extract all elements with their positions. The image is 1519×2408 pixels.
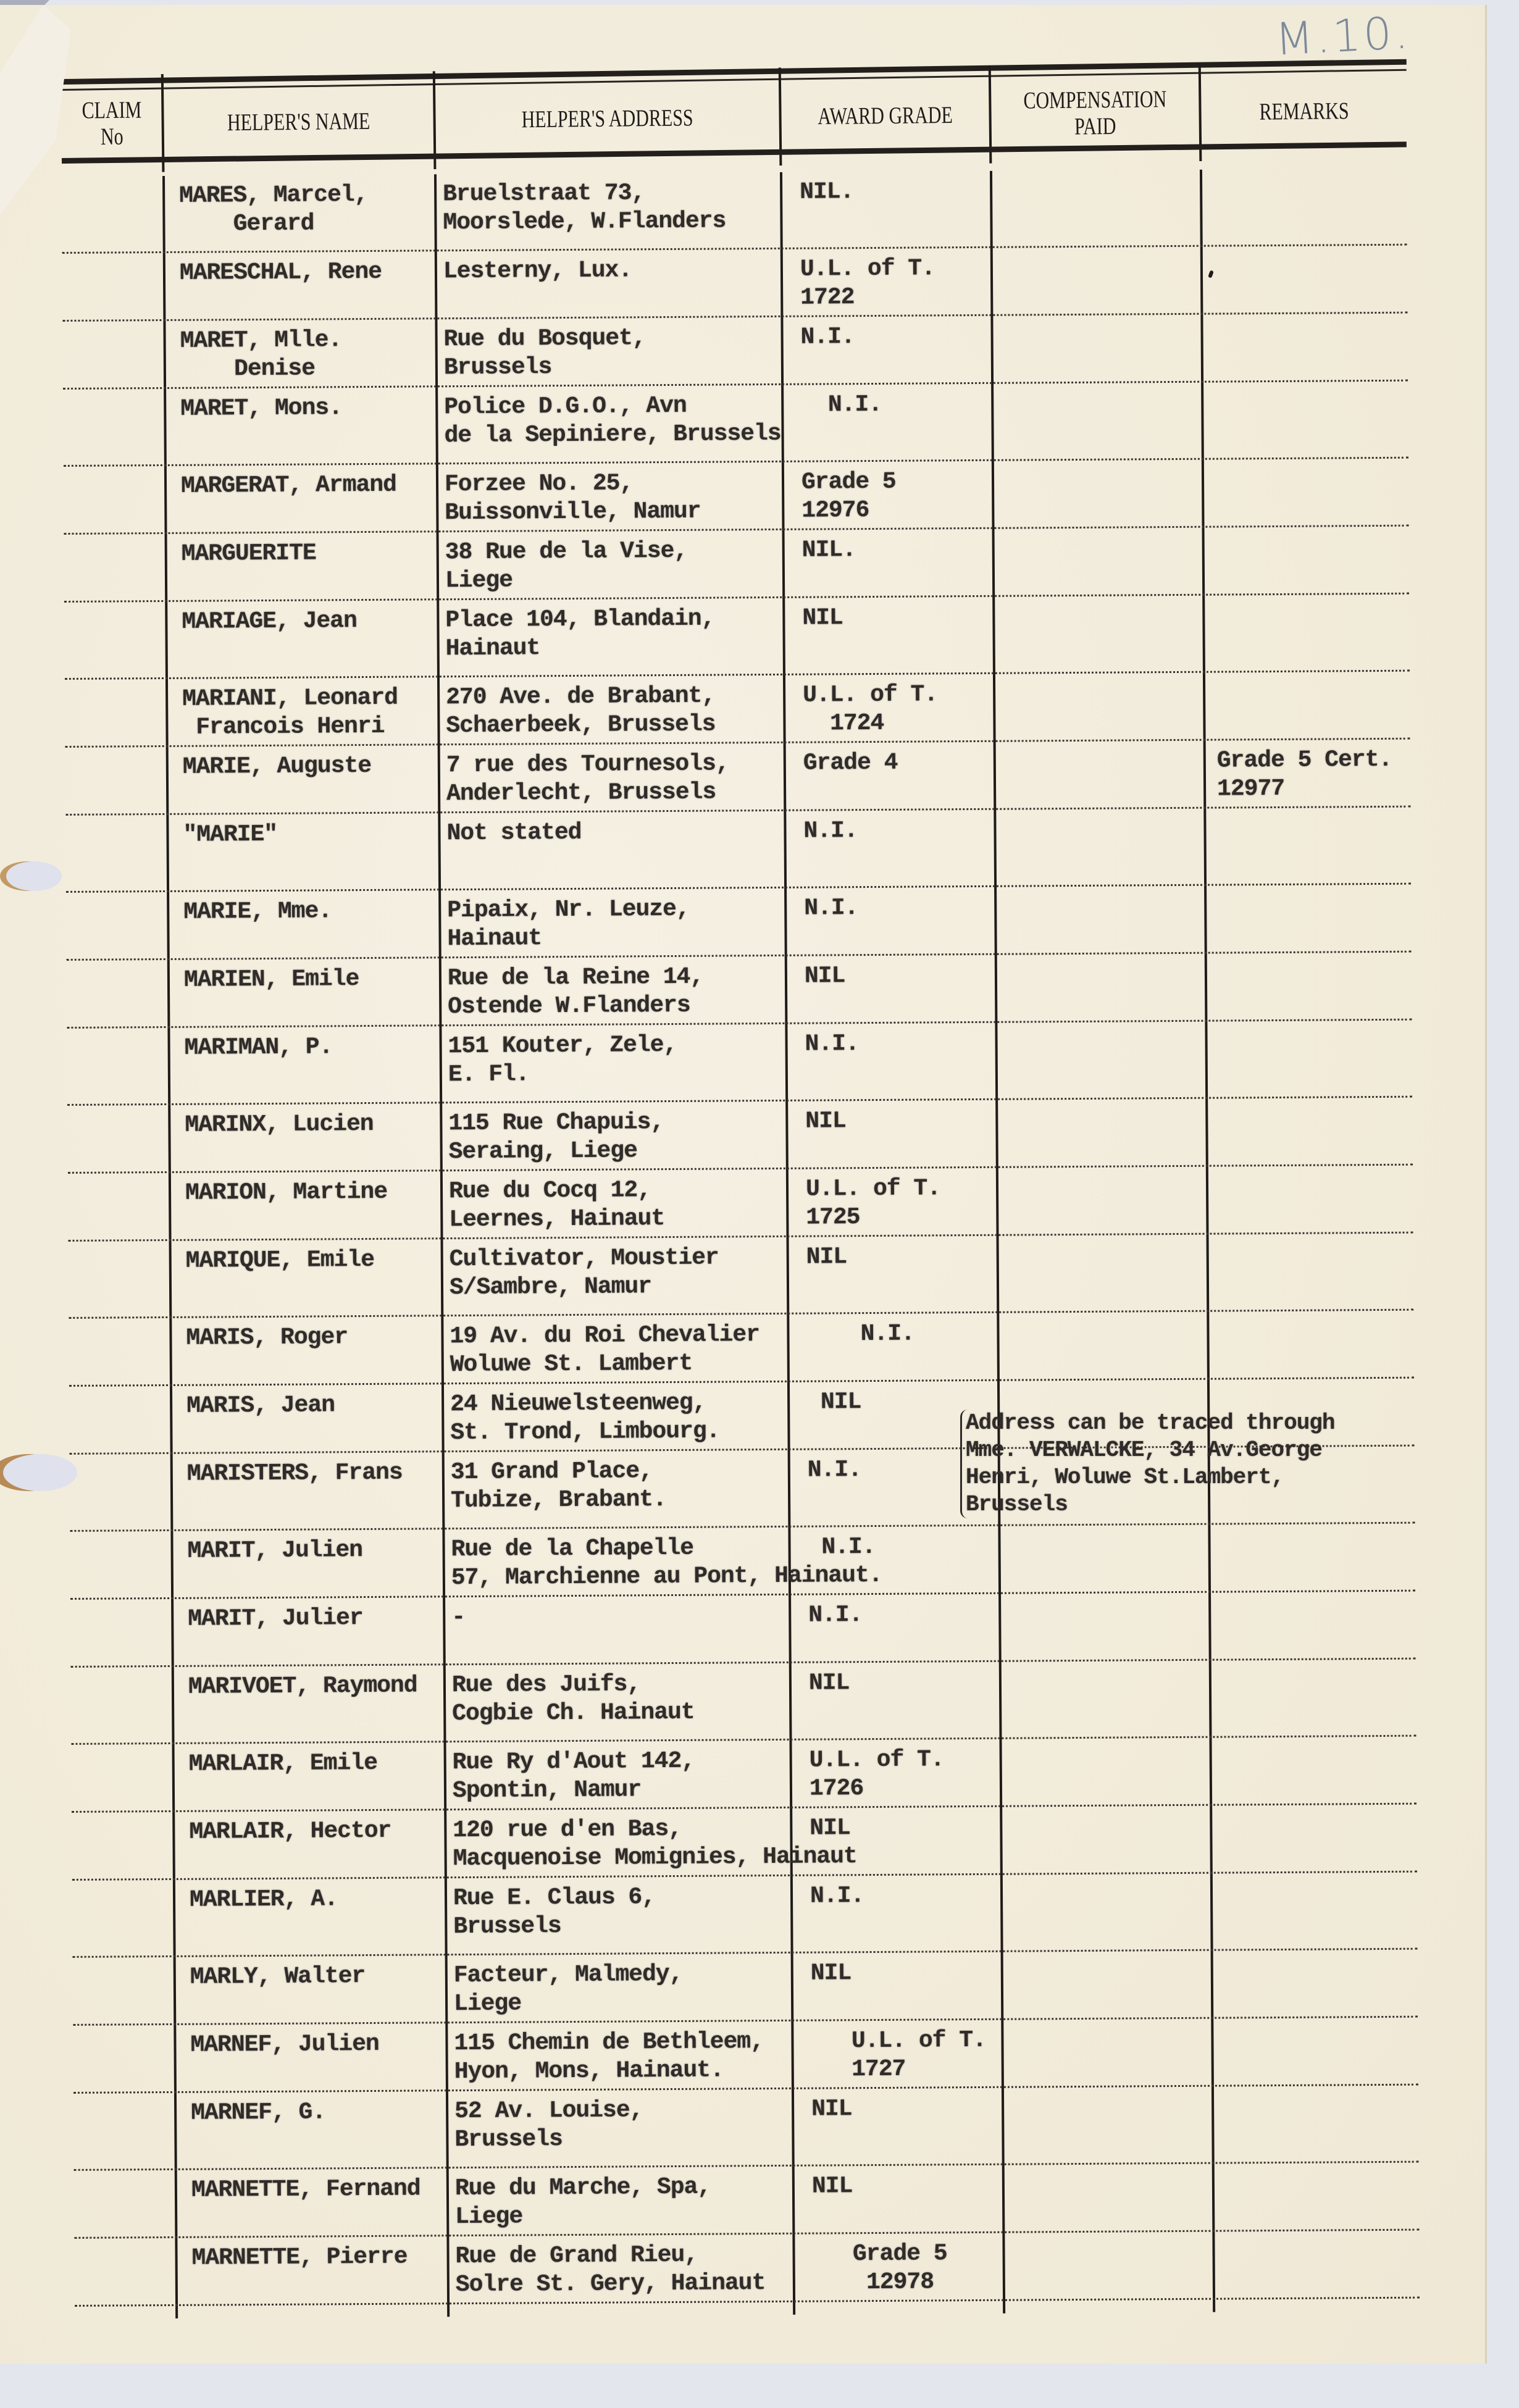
remarks-cell xyxy=(1205,808,1411,884)
award-grade-cell: N.I. xyxy=(790,1594,1000,1662)
claim-cell xyxy=(62,176,164,252)
compensation-cell xyxy=(997,1167,1208,1234)
award-grade-cell: Grade 5 12976 xyxy=(783,461,994,529)
table-row: MARLAIR, Hector120 rue d'en Bas, Macquen… xyxy=(72,1805,1417,1881)
helper-name-cell: MARET, Mlle. Denise xyxy=(164,319,437,387)
helper-address-cell: 7 rue des Tournesols, Anderlecht, Brusse… xyxy=(439,743,785,811)
pencil-reference-number: M.10. xyxy=(1274,6,1412,65)
helper-table: MARES, Marcel, GerardBruelstraat 73, Moo… xyxy=(62,169,1420,2325)
award-grade-cell: Grade 5 12978 xyxy=(793,2233,1004,2301)
helper-name-cell: MARIE, Mme. xyxy=(168,890,440,958)
table-row: MARIT, JulienRue de la Chapelle 57, Marc… xyxy=(70,1524,1415,1600)
helper-name-cell: MARIANI, Leonard Francois Henri xyxy=(167,677,439,745)
compensation-cell xyxy=(994,528,1204,595)
compensation-cell xyxy=(1002,1874,1212,1950)
helper-address-cell: 270 Ave. de Brabant, Schaerbeek, Brussel… xyxy=(438,675,785,743)
helper-name-cell: MARION, Martine xyxy=(170,1171,442,1239)
helper-address-cell: 31 Grand Place, Tubize, Brabant. xyxy=(443,1450,790,1528)
remarks-cell xyxy=(1206,953,1412,1020)
table-row: MARINX, Lucien115 Rue Chapuis, Seraing, … xyxy=(67,1098,1413,1174)
claim-cell xyxy=(67,960,169,1027)
claim-cell xyxy=(67,1028,169,1104)
claim-cell xyxy=(65,747,168,814)
claim-cell xyxy=(73,2093,176,2169)
table-row: MARIVOET, RaymondRue des Juifs, Cogbie C… xyxy=(71,1660,1416,1745)
table-row: MARET, Mons.Police D.G.O., Avn de la Sep… xyxy=(63,382,1408,467)
helper-address-cell: Rue du Bosquet, Brussels xyxy=(436,317,782,385)
claim-cell xyxy=(72,1880,175,1956)
compensation-cell xyxy=(991,170,1202,246)
claim-cell xyxy=(66,892,169,959)
award-grade-cell: U.L. of T. 1724 xyxy=(784,674,995,742)
claim-cell xyxy=(70,1599,173,1666)
remarks-cell xyxy=(1212,2018,1418,2085)
award-grade-cell: Grade 4 xyxy=(785,742,995,809)
compensation-cell xyxy=(998,1312,1208,1379)
award-grade-cell: NIL xyxy=(784,597,994,674)
table-row: MARION, MartineRue du Cocq 12, Leernes, … xyxy=(68,1166,1413,1242)
remarks-cell xyxy=(1210,1737,1416,1804)
helper-address-cell: Police D.G.O., Avn de la Sepiniere, Brus… xyxy=(437,385,783,462)
compensation-cell xyxy=(996,1022,1207,1098)
award-grade-cell: N.I. xyxy=(789,1526,1000,1594)
claim-cell xyxy=(73,1957,175,2024)
helper-name-cell: MARGERAT, Armand xyxy=(165,464,438,532)
helper-address-cell: 19 Av. du Roi Chevalier Woluwe St. Lambe… xyxy=(442,1315,789,1382)
claim-cell xyxy=(64,602,167,678)
helper-name-cell: MARIEN, Emile xyxy=(169,958,441,1026)
remarks-cell xyxy=(1203,595,1410,671)
compensation-cell xyxy=(1002,1951,1213,2018)
claim-cell xyxy=(62,321,165,388)
compensation-cell xyxy=(992,247,1202,314)
table-row: MARIE, Mme.Pipaix, Nr. Leuze, HainautN.I… xyxy=(66,885,1412,961)
table-row: MARESCHAL, ReneLesterny, Lux.U.L. of T. … xyxy=(62,246,1408,322)
compensation-cell xyxy=(995,886,1206,953)
compensation-cell xyxy=(1003,2087,1213,2163)
compensation-cell xyxy=(992,315,1202,382)
claim-cell xyxy=(64,534,167,601)
remarks-cell xyxy=(1210,1660,1416,1736)
helper-name-cell: MARNETTE, Fernand xyxy=(176,2168,448,2236)
remarks-cell xyxy=(1202,246,1408,313)
remarks-cell xyxy=(1208,1311,1414,1378)
compensation-cell xyxy=(998,1235,1208,1311)
claim-cell xyxy=(72,1812,174,1879)
helper-address-cell: Facteur, Malmedy, Liege xyxy=(446,1954,793,2021)
compensation-cell xyxy=(1001,1806,1211,1873)
award-grade-cell: U.L. of T. 1726 xyxy=(790,1739,1001,1807)
helper-address-cell: Rue du Cocq 12, Leernes, Hainaut xyxy=(441,1169,788,1237)
claim-cell xyxy=(69,1241,171,1317)
remarks-cell xyxy=(1202,382,1408,458)
helper-name-cell: MARLAIR, Emile xyxy=(174,1742,446,1810)
compensation-cell xyxy=(1003,2164,1214,2231)
claim-cell xyxy=(70,1454,172,1530)
helper-address-cell: Rue de la Chapelle 57, Marchienne au Pon… xyxy=(443,1528,790,1595)
claim-cell xyxy=(67,1105,170,1172)
claim-cell xyxy=(65,679,167,746)
remarks-cell xyxy=(1209,1524,1415,1591)
award-grade-cell: NIL xyxy=(786,955,997,1022)
compensation-cell xyxy=(999,1525,1210,1592)
table-row: MARGERAT, ArmandForzee No. 25, Buissonvi… xyxy=(64,459,1409,535)
helper-address-cell: 115 Chemin de Bethleem, Hyon, Mons, Hain… xyxy=(446,2021,793,2089)
remarks-cell xyxy=(1211,1873,1418,1949)
table-row: MARLY, WalterFacteur, Malmedy, LiegeNIL xyxy=(73,1950,1418,2026)
helper-address-cell: 151 Kouter, Zele, E. Fl. xyxy=(440,1024,787,1102)
table-row: MARIANI, Leonard Francois Henri270 Ave. … xyxy=(65,672,1410,748)
award-grade-cell: NIL. xyxy=(781,171,992,248)
award-grade-cell: N.I. xyxy=(786,1023,997,1100)
compensation-cell xyxy=(1002,2019,1213,2086)
punch-hole-torn xyxy=(3,1454,77,1491)
award-grade-cell: N.I. xyxy=(782,384,993,461)
helper-name-cell: MARESCHAL, Rene xyxy=(164,251,437,319)
helper-address-cell: Not stated xyxy=(439,811,785,888)
helper-name-cell: MARIVOET, Raymond xyxy=(173,1665,445,1742)
claim-cell xyxy=(74,2170,177,2237)
helper-address-cell: Rue Ry d'Aout 142, Spontin, Namur xyxy=(445,1741,792,1808)
helper-name-cell: MARNETTE, Pierre xyxy=(176,2236,448,2304)
claim-cell xyxy=(69,1318,171,1385)
remarks-cell xyxy=(1202,314,1408,381)
remarks-cell xyxy=(1203,527,1410,594)
compensation-cell xyxy=(992,383,1203,459)
helper-address-cell: Bruelstraat 73, Moorslede, W.Flanders xyxy=(435,172,782,249)
helper-name-cell: MARLIER, A. xyxy=(174,1878,446,1955)
claim-cell xyxy=(71,1667,174,1743)
award-grade-cell: NIL. xyxy=(784,529,994,596)
remarks-cell xyxy=(1212,1950,1418,2017)
helper-name-cell: MARNEF, G. xyxy=(175,2091,448,2168)
helper-address-cell: 115 Rue Chapuis, Seraing, Liege xyxy=(441,1102,787,1169)
remarks-cell xyxy=(1213,2231,1420,2298)
award-grade-cell: NIL xyxy=(793,2165,1004,2233)
remarks-cell xyxy=(1208,1234,1414,1310)
remarks-cell xyxy=(1210,1592,1416,1659)
award-grade-cell: NIL xyxy=(790,1662,1001,1739)
remarks-note-address-trace: Address can be traced through Mme. VERWA… xyxy=(960,1410,1335,1518)
award-grade-cell: NIL xyxy=(788,1236,998,1313)
table-row: MARIE, Auguste7 rue des Tournesols, Ande… xyxy=(65,740,1411,816)
award-grade-cell: NIL xyxy=(791,1807,1002,1875)
compensation-cell xyxy=(994,673,1205,740)
helper-name-cell: MARIAGE, Jean xyxy=(166,600,438,677)
helper-name-cell: MARNEF, Julien xyxy=(175,2023,447,2091)
helper-address-cell: Cultivator, Moustier S/Sambre, Namur xyxy=(442,1237,789,1315)
helper-name-cell: MARIE, Auguste xyxy=(167,745,440,813)
compensation-cell xyxy=(996,954,1207,1021)
claim-cell xyxy=(72,1744,174,1811)
award-grade-cell: N.I. xyxy=(782,316,992,383)
helper-address-cell: 120 rue d'en Bas, Macquenoise Momignies,… xyxy=(445,1808,792,1876)
claim-cell xyxy=(62,253,165,320)
claim-cell xyxy=(74,2238,177,2305)
helper-address-cell: Pipaix, Nr. Leuze, Hainaut xyxy=(440,888,786,956)
table-row: MARIQUE, EmileCultivator, Moustier S/Sam… xyxy=(69,1234,1414,1319)
remarks-cell xyxy=(1204,672,1410,739)
helper-address-cell: Rue du Marche, Spa, Liege xyxy=(448,2167,794,2235)
award-grade-cell: NIL xyxy=(787,1100,997,1168)
claim-cell xyxy=(65,815,168,891)
helper-name-cell: MARIT, Julien xyxy=(172,1529,444,1597)
table-row: MARNEF, Julien115 Chemin de Bethleem, Hy… xyxy=(73,2018,1418,2094)
helper-address-cell: - xyxy=(444,1595,790,1663)
table-row: MARNETTE, PierreRue de Grand Rieu, Solre… xyxy=(74,2231,1420,2307)
award-grade-cell: U.L. of T. 1725 xyxy=(787,1168,998,1235)
compensation-cell xyxy=(1000,1738,1211,1805)
award-grade-cell: N.I. xyxy=(785,810,995,887)
punch-hole xyxy=(6,861,62,891)
table-row: MARNETTE, FernandRue du Marche, Spa, Lie… xyxy=(74,2163,1420,2239)
helper-name-cell: MARGUERITE xyxy=(166,532,438,600)
compensation-cell xyxy=(1000,1593,1210,1660)
document-page: M.10. CLAIM No HELPER'S NAME HELPER'S AD… xyxy=(0,5,1487,2364)
compensation-cell xyxy=(997,1099,1207,1166)
compensation-cell xyxy=(1003,2232,1214,2299)
helper-name-cell: MARES, Marcel, Gerard xyxy=(164,174,436,251)
table-row: MARLIER, A.Rue E. Claus 6, BrusselsN.I. xyxy=(72,1873,1418,1958)
helper-address-cell: Rue des Juifs, Cogbie Ch. Hainaut xyxy=(445,1663,791,1741)
helper-address-cell: Lesterny, Lux. xyxy=(436,249,782,317)
helper-name-cell: MARIS, Jean xyxy=(171,1384,443,1452)
award-grade-cell: N.I. xyxy=(788,1313,998,1381)
helper-name-cell: MARINX, Lucien xyxy=(169,1103,441,1171)
remarks-cell xyxy=(1203,459,1409,526)
claim-cell xyxy=(68,1173,170,1240)
remarks-cell xyxy=(1201,169,1407,245)
award-grade-cell: U.L. of T. 1727 xyxy=(792,2020,1003,2088)
remarks-cell xyxy=(1205,885,1412,952)
award-grade-cell: N.I. xyxy=(792,1875,1002,1952)
helper-address-cell: Forzee No. 25, Buissonville, Namur xyxy=(437,462,784,530)
table-rows: MARES, Marcel, GerardBruelstraat 73, Moo… xyxy=(62,169,1420,2307)
helper-address-cell: Rue E. Claus 6, Brussels xyxy=(446,1876,792,1954)
helper-name-cell: MARLAIR, Hector xyxy=(174,1810,446,1878)
claim-cell xyxy=(69,1386,172,1453)
helper-name-cell: MARISTERS, Frans xyxy=(172,1452,444,1529)
table-row: MARIAGE, JeanPlace 104, Blandain, Hainau… xyxy=(64,595,1410,680)
compensation-cell xyxy=(1000,1661,1211,1737)
helper-name-cell: MARIMAN, P. xyxy=(169,1026,441,1103)
remarks-cell xyxy=(1213,2086,1419,2162)
table-row: MARGUERITE38 Rue de la Vise, LiegeNIL. xyxy=(64,527,1410,603)
remarks-cell xyxy=(1207,1166,1413,1233)
remarks-cell xyxy=(1206,1021,1412,1097)
table-row: MARIT, Julier-N.I. xyxy=(70,1592,1416,1668)
award-grade-cell: NIL xyxy=(793,2088,1003,2165)
claim-cell xyxy=(70,1531,172,1598)
helper-name-cell: "MARIE" xyxy=(167,813,440,890)
claim-cell xyxy=(63,389,165,465)
table-row: MARNEF, G.52 Av. Louise, BrusselsNIL xyxy=(73,2086,1419,2171)
helper-address-cell: 24 Nieuwelsteenweg, St. Trond, Limbourg. xyxy=(443,1382,789,1450)
award-grade-cell: N.I. xyxy=(785,887,996,955)
helper-address-cell: Rue de Grand Rieu, Solre St. Gery, Haina… xyxy=(448,2235,794,2302)
table-row: MARET, Mlle. DeniseRue du Bosquet, Bruss… xyxy=(62,314,1408,390)
remarks-cell: Grade 5 Cert. 12977 xyxy=(1205,740,1411,807)
table-row: MARIS, Roger19 Av. du Roi Chevalier Wolu… xyxy=(69,1311,1414,1387)
table-row: MARIMAN, P.151 Kouter, Zele, E. Fl.N.I. xyxy=(67,1021,1412,1106)
compensation-cell xyxy=(995,809,1205,885)
compensation-cell xyxy=(994,596,1204,672)
remarks-cell xyxy=(1213,2163,1420,2230)
helper-name-cell: MARLY, Walter xyxy=(175,1955,447,2023)
compensation-cell xyxy=(995,741,1205,808)
compensation-cell xyxy=(993,460,1203,527)
helper-name-cell: MARET, Mons. xyxy=(165,387,437,464)
helper-address-cell: Place 104, Blandain, Hainaut xyxy=(438,598,784,675)
table-row: "MARIE"Not statedN.I. xyxy=(65,808,1411,893)
helper-address-cell: Rue de la Reine 14, Ostende W.Flanders xyxy=(440,956,787,1024)
helper-name-cell: MARIS, Roger xyxy=(170,1316,443,1384)
helper-address-cell: 52 Av. Louise, Brussels xyxy=(447,2089,793,2167)
award-grade-cell: NIL xyxy=(792,1952,1003,2020)
claim-cell xyxy=(64,466,166,533)
table-row: MARLAIR, EmileRue Ry d'Aout 142, Spontin… xyxy=(72,1737,1417,1813)
claim-cell xyxy=(73,2025,175,2092)
helper-name-cell: MARIQUE, Emile xyxy=(170,1239,443,1316)
helper-address-cell: 38 Rue de la Vise, Liege xyxy=(438,530,784,598)
award-grade-cell: U.L. of T. 1722 xyxy=(782,248,992,316)
remarks-cell xyxy=(1207,1098,1413,1165)
table-row: MARIEN, EmileRue de la Reine 14, Ostende… xyxy=(67,953,1412,1029)
remarks-cell xyxy=(1211,1805,1417,1872)
table-row: MARES, Marcel, GerardBruelstraat 73, Moo… xyxy=(62,169,1407,254)
helper-name-cell: MARIT, Julier xyxy=(172,1597,445,1665)
